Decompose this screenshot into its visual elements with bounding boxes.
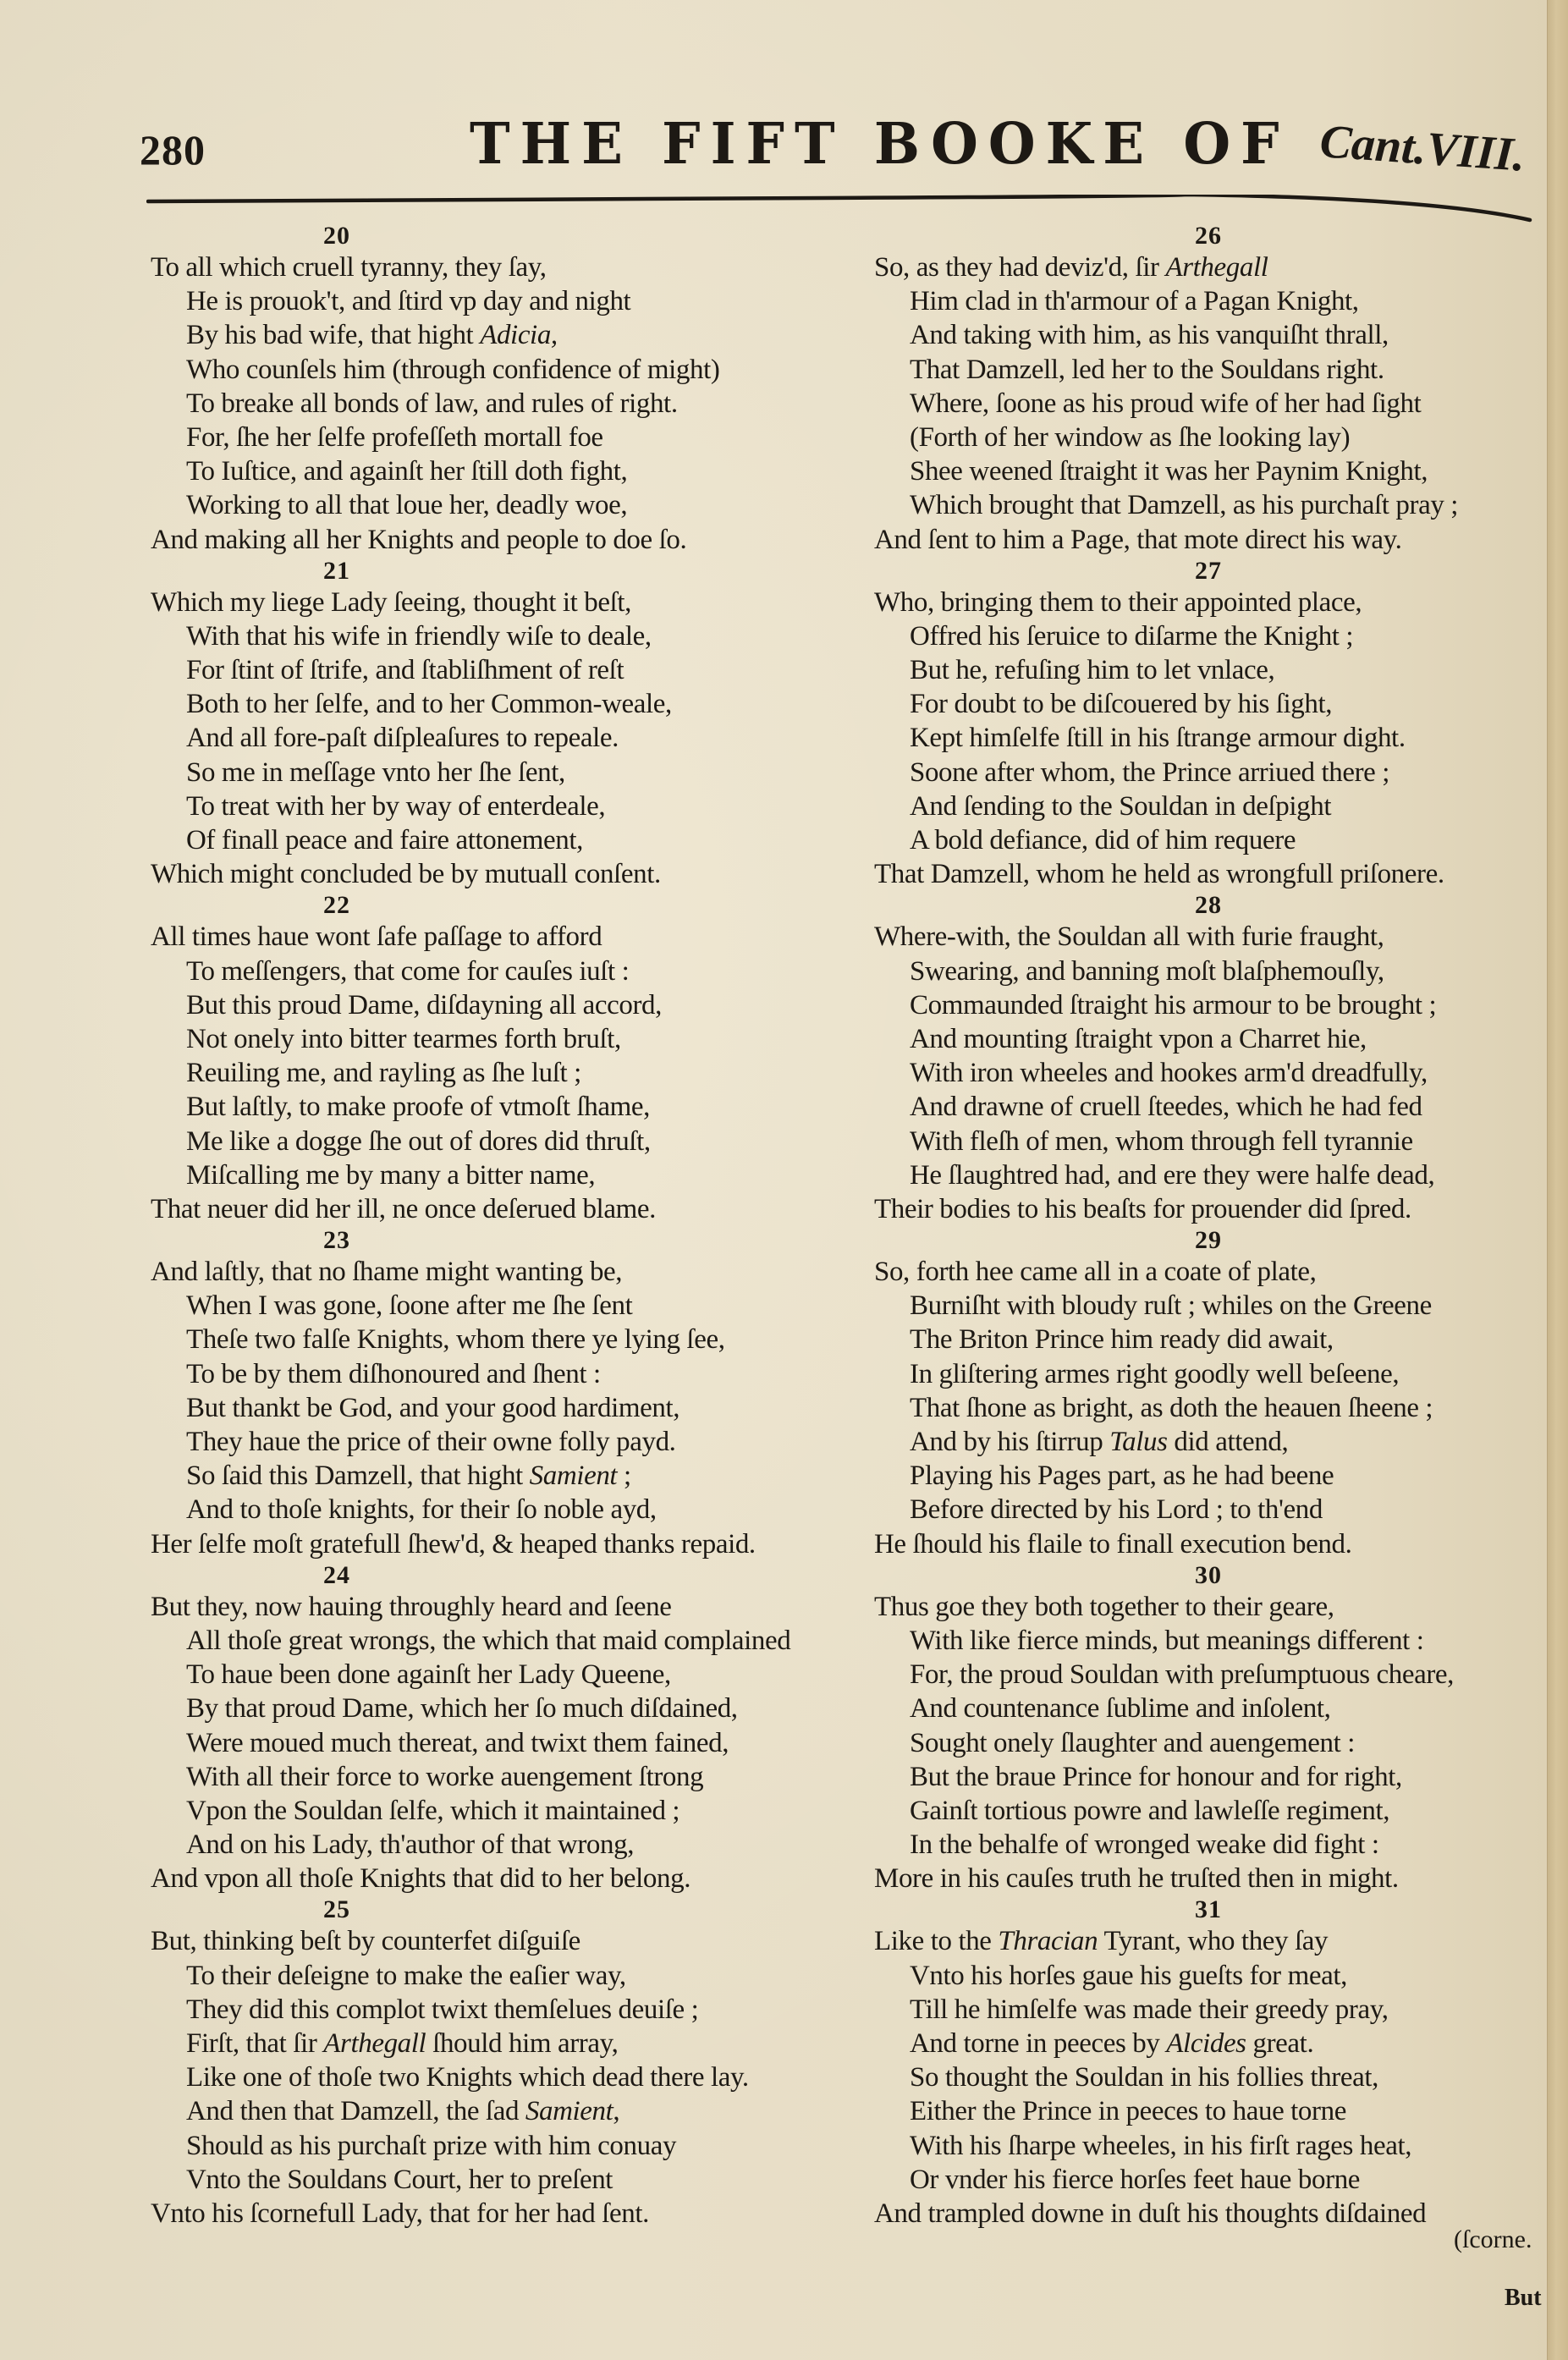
verse-text: And drawne of cruell ſteedes, which he h… — [910, 1092, 1422, 1122]
verse-text: To haue been done againſt her Lady Queen… — [186, 1659, 671, 1690]
verse-text: To meſſengers, that come for cauſes iuſt… — [186, 956, 629, 987]
verse-line: To breake all bonds of law, and rules of… — [151, 387, 861, 421]
verse-text: Swearing, and banning moſt blaſphemouſly… — [910, 956, 1384, 987]
verse-line: But this proud Dame, diſdayning all acco… — [151, 988, 861, 1022]
verse-text: Which my liege Lady ſeeing, thought it b… — [151, 587, 631, 618]
verse-line: Like to the Thracian Tyrant, who they ſa… — [874, 1924, 1543, 1958]
stanza-number: 29 — [874, 1226, 1543, 1255]
verse-line: And drawne of cruell ſteedes, which he h… — [874, 1090, 1543, 1124]
verse-text-after: , — [613, 2096, 619, 2126]
verse-line: That neuer did her ill, ne once deſerued… — [151, 1192, 861, 1226]
verse-line: But they, now hauing throughly heard and… — [151, 1590, 861, 1624]
verse-line: With all their force to worke auengement… — [151, 1760, 861, 1794]
stanza-number: 26 — [874, 222, 1543, 250]
verse-line: Gainſt tortious powre and lawleſſe regim… — [874, 1794, 1543, 1828]
italic-name: Thracian — [998, 1926, 1098, 1956]
verse-line: Who, bringing them to their appointed pl… — [874, 586, 1543, 619]
verse-line: By that proud Dame, which her ſo much di… — [151, 1692, 861, 1725]
verse-text: So thought the Souldan in his follies th… — [910, 2062, 1378, 2093]
verse-text: So, forth hee came all in a coate of pla… — [874, 1257, 1316, 1287]
verse-text: But, thinking beſt by counterfet diſguiſ… — [151, 1926, 580, 1956]
verse-line: And laſtly, that no ſhame might wanting … — [151, 1255, 861, 1289]
verse-line: So, forth hee came all in a coate of pla… — [874, 1255, 1543, 1289]
stanza-number: 22 — [151, 891, 523, 920]
stanza: 20To all which cruell tyranny, they ſay,… — [151, 222, 861, 557]
verse-text: To all which cruell tyranny, they ſay, — [151, 252, 547, 283]
verse-line: Offred his ſeruice to diſarme the Knight… — [874, 619, 1543, 653]
verse-text: Vnto the Souldans Court, her to preſent — [186, 2165, 613, 2195]
verse-line: And making all her Knights and people to… — [151, 523, 861, 557]
verse-line: But the braue Prince for honour and for … — [874, 1760, 1543, 1794]
verse-line: By his bad wife, that hight Adicia, — [151, 318, 861, 352]
verse-text: A bold defiance, did of him requere — [910, 825, 1296, 855]
page-edge — [1547, 0, 1568, 2360]
verse-line: In the behalfe of wronged weake did figh… — [874, 1828, 1543, 1862]
verse-text: For ſtint of ſtrife, and ſtabliſhment of… — [186, 655, 624, 685]
verse-text: And on his Lady, th'author of that wrong… — [186, 1829, 634, 1860]
verse-line: Or vnder his fierce horſes feet haue bor… — [874, 2163, 1543, 2197]
italic-name: Samient — [525, 2096, 613, 2126]
right-column: 26So, as they had deviz'd, ſir Arthegall… — [874, 222, 1543, 2231]
verse-line: Which brought that Damzell, as his purch… — [874, 488, 1543, 522]
verse-text: And vpon all thoſe Knights that did to h… — [151, 1863, 690, 1894]
verse-text: All times haue wont ſafe paſſage to affo… — [151, 921, 602, 952]
verse-line: To be by them diſhonoured and ſhent : — [151, 1357, 861, 1391]
verse-text: He ſlaughtred had, and ere they were hal… — [910, 1160, 1434, 1191]
verse-text: Till he himſelfe was made their greedy p… — [910, 1994, 1389, 2025]
verse-line: Where, ſoone as his proud wife of her ha… — [874, 387, 1543, 421]
verse-text: To their deſeigne to make the eaſier way… — [186, 1961, 626, 1991]
verse-text: Which might concluded be by mutuall conſ… — [151, 859, 661, 889]
verse-text: Both to her ſelfe, and to her Common-wea… — [186, 689, 672, 719]
verse-text: They haue the price of their owne folly … — [186, 1427, 676, 1457]
verse-text: Not onely into bitter tearmes forth bruſ… — [186, 1024, 621, 1054]
verse-line: Of finall peace and faire attonement, — [151, 823, 861, 857]
verse-line: He ſlaughtred had, and ere they were hal… — [874, 1158, 1543, 1192]
verse-line: Vpon the Souldan ſelfe, which it maintai… — [151, 1794, 861, 1828]
verse-text: By that proud Dame, which her ſo much di… — [186, 1693, 738, 1724]
verse-text: Either the Prince in peeces to haue torn… — [910, 2096, 1346, 2126]
verse-line: All thoſe great wrongs, the which that m… — [151, 1624, 861, 1658]
verse-text: By his bad wife, that hight — [186, 320, 480, 350]
verse-line: When I was gone, ſoone after me ſhe ſent — [151, 1289, 861, 1323]
verse-text: In the behalfe of wronged weake did figh… — [910, 1829, 1379, 1860]
verse-text: That Damzell, led her to the Souldans ri… — [910, 355, 1384, 385]
verse-line: Like one of thoſe two Knights which dead… — [151, 2060, 861, 2094]
verse-line: But, thinking beſt by counterfet diſguiſ… — [151, 1924, 861, 1958]
verse-text-after: did attend, — [1168, 1427, 1289, 1457]
verse-text: Vnto his ſcornefull Lady, that for her h… — [151, 2198, 649, 2229]
stanza: 23And laſtly, that no ſhame might wantin… — [151, 1226, 861, 1561]
verse-line: So thought the Souldan in his follies th… — [874, 2060, 1543, 2094]
verse-line: And mounting ſtraight vpon a Charret hie… — [874, 1022, 1543, 1056]
verse-line: Swearing, and banning moſt blaſphemouſly… — [874, 954, 1543, 988]
verse-text: Or vnder his fierce horſes feet haue bor… — [910, 2165, 1360, 2195]
verse-text: To Iuſtice, and againſt her ſtill doth f… — [186, 456, 627, 487]
verse-text: Soone after whom, the Prince arriued the… — [910, 757, 1389, 788]
italic-name: Alcides — [1166, 2028, 1246, 2059]
verse-text: But laſtly, to make proofe of vtmoſt ſha… — [186, 1092, 650, 1122]
verse-text: Working to all that loue her, deadly woe… — [186, 490, 627, 520]
verse-text: And torne in peeces by — [910, 2028, 1166, 2059]
verse-text: And by his ſtirrup — [910, 1427, 1109, 1457]
verse-line: Were moued much thereat, and twixt them … — [151, 1726, 861, 1760]
verse-line: For, the proud Souldan with preſumptuous… — [874, 1658, 1543, 1692]
verse-text: So ſaid this Damzell, that hight — [186, 1461, 530, 1491]
verse-text: Were moued much thereat, and twixt them … — [186, 1728, 729, 1758]
verse-text: He ſhould his flaile to finall execution… — [874, 1529, 1351, 1560]
verse-text: With iron wheeles and hookes arm'd dread… — [910, 1058, 1428, 1088]
turnover-text: (ſcorne. — [1454, 2225, 1532, 2254]
verse-text: And ſent to him a Page, that mote direct… — [874, 525, 1401, 555]
stanza: 26So, as they had deviz'd, ſir Arthegall… — [874, 222, 1543, 557]
catchword: But — [1505, 2285, 1542, 2312]
verse-text: And ſending to the Souldan in deſpight — [910, 791, 1331, 822]
stanza-number: 25 — [151, 1895, 523, 1924]
stanza-number: 20 — [151, 222, 523, 250]
verse-line: Commaunded ſtraight his armour to be bro… — [874, 988, 1543, 1022]
verse-line: Not onely into bitter tearmes forth bruſ… — [151, 1022, 861, 1056]
verse-text: Gainſt tortious powre and lawleſſe regim… — [910, 1796, 1389, 1826]
verse-line: Shee weened ſtraight it was her Paynim K… — [874, 454, 1543, 488]
running-head: THE FIFT BOOKE OF — [470, 111, 1290, 178]
verse-line: And to thoſe knights, for their ſo noble… — [151, 1493, 861, 1527]
verse-line: Vnto his ſcornefull Lady, that for her h… — [151, 2197, 861, 2231]
verse-line: Working to all that loue her, deadly woe… — [151, 488, 861, 522]
verse-text: They did this complot twixt themſelues d… — [186, 1994, 698, 2025]
verse-text: Where-with, the Souldan all with furie f… — [874, 921, 1384, 952]
verse-line: Kept himſelfe ſtill in his ſtrange armou… — [874, 721, 1543, 755]
verse-line: Which my liege Lady ſeeing, thought it b… — [151, 586, 861, 619]
verse-line: Till he himſelfe was made their greedy p… — [874, 1993, 1543, 2027]
verse-text: So, as they had deviz'd, ſir — [874, 252, 1165, 283]
stanza-number: 23 — [151, 1226, 523, 1255]
verse-text: Me like a dogge ſhe out of dores did thr… — [186, 1126, 651, 1157]
verse-text: For, ſhe her ſelfe profeſſeth mortall fo… — [186, 422, 603, 453]
verse-text: With his ſharpe wheeles, in his firſt ra… — [910, 2131, 1411, 2161]
verse-line: Him clad in th'armour of a Pagan Knight, — [874, 284, 1543, 318]
verse-text: But they, now hauing throughly heard and… — [151, 1592, 671, 1622]
verse-text: With like fierce minds, but meanings dif… — [910, 1626, 1424, 1656]
verse-line: Both to her ſelfe, and to her Common-wea… — [151, 687, 861, 721]
verse-text: But this proud Dame, diſdayning all acco… — [186, 990, 662, 1020]
verse-text: Playing his Pages part, as he had beene — [910, 1461, 1334, 1491]
verse-line: Her ſelfe moſt gratefull ſhew'd, & heape… — [151, 1527, 861, 1561]
stanza-number: 27 — [874, 557, 1543, 586]
page-number: 280 — [140, 125, 206, 174]
verse-line: More in his cauſes truth he truſted then… — [874, 1862, 1543, 1895]
verse-line: (Forth of her window as ſhe looking lay) — [874, 421, 1543, 454]
verse-text: Vpon the Souldan ſelfe, which it maintai… — [186, 1796, 679, 1826]
verse-text: (Forth of her window as ſhe looking lay) — [910, 422, 1350, 453]
stanza-number: 31 — [874, 1895, 1543, 1924]
verse-line: With fleſh of men, whom through fell tyr… — [874, 1125, 1543, 1158]
verse-text-after: ſhould him array, — [426, 2028, 618, 2059]
verse-line: And then that Damzell, the ſad Samient, — [151, 2094, 861, 2128]
verse-text: Firſt, that ſir — [186, 2028, 323, 2059]
verse-line: To Iuſtice, and againſt her ſtill doth f… — [151, 454, 861, 488]
verse-line: And taking with him, as his vanquiſht th… — [874, 318, 1543, 352]
verse-text: But he, refuſing him to let vnlace, — [910, 655, 1274, 685]
verse-line: Where-with, the Souldan all with furie f… — [874, 920, 1543, 954]
verse-line: Theſe two falſe Knights, whom there ye l… — [151, 1323, 861, 1356]
verse-line: For doubt to be diſcouered by his ſight, — [874, 687, 1543, 721]
verse-line: Who counſels him (through confidence of … — [151, 353, 861, 387]
verse-line: With iron wheeles and hookes arm'd dread… — [874, 1056, 1543, 1090]
verse-line: That Damzell, whom he held as wrongfull … — [874, 857, 1543, 891]
italic-name: Adicia, — [480, 320, 558, 350]
verse-text: And making all her Knights and people to… — [151, 525, 686, 555]
verse-line: And by his ſtirrup Talus did attend, — [874, 1425, 1543, 1459]
verse-text: Which brought that Damzell, as his purch… — [910, 490, 1458, 520]
verse-text: Sought onely ſlaughter and auengement : — [910, 1728, 1355, 1758]
verse-text: For doubt to be diſcouered by his ſight, — [910, 689, 1332, 719]
verse-line: And ſent to him a Page, that mote direct… — [874, 523, 1543, 557]
verse-line: Reuiling me, and rayling as ſhe luſt ; — [151, 1056, 861, 1090]
italic-name: Arthegall — [1165, 252, 1268, 283]
verse-text: So me in meſſage vnto her ſhe ſent, — [186, 757, 565, 788]
verse-line: But thankt be God, and your good hardime… — [151, 1391, 861, 1425]
verse-line: To all which cruell tyranny, they ſay, — [151, 250, 861, 284]
verse-text: Theſe two falſe Knights, whom there ye l… — [186, 1324, 725, 1355]
verse-text: And countenance ſublime and inſolent, — [910, 1693, 1330, 1724]
verse-line: Before directed by his Lord ; to th'end — [874, 1493, 1543, 1527]
verse-line: The Briton Prince him ready did await, — [874, 1323, 1543, 1356]
verse-text-after: great. — [1246, 2028, 1314, 2059]
verse-text: Burniſht with bloudy ruſt ; whiles on th… — [910, 1290, 1432, 1321]
verse-line: All times haue wont ſafe paſſage to affo… — [151, 920, 861, 954]
verse-line: And ſending to the Souldan in deſpight — [874, 789, 1543, 823]
verse-text: Him clad in th'armour of a Pagan Knight, — [910, 286, 1359, 316]
verse-line: To meſſengers, that come for cauſes iuſt… — [151, 954, 861, 988]
verse-text: Kept himſelfe ſtill in his ſtrange armou… — [910, 723, 1406, 753]
verse-text: Miſcalling me by many a bitter name, — [186, 1160, 595, 1191]
verse-text: And then that Damzell, the ſad — [186, 2096, 525, 2126]
verse-line: A bold defiance, did of him requere — [874, 823, 1543, 857]
verse-text: And all fore-paſt diſpleaſures to repeal… — [186, 723, 619, 753]
verse-line: With that his wife in friendly wiſe to d… — [151, 619, 861, 653]
verse-line: And all fore-paſt diſpleaſures to repeal… — [151, 721, 861, 755]
verse-text: He is prouok't, and ſtird vp day and nig… — [186, 286, 630, 316]
stanza-number: 30 — [874, 1561, 1543, 1590]
verse-text: All thoſe great wrongs, the which that m… — [186, 1626, 790, 1656]
stanza-number: 24 — [151, 1561, 523, 1590]
verse-text: And laſtly, that no ſhame might wanting … — [151, 1257, 622, 1287]
stanza: 22All times haue wont ſafe paſſage to af… — [151, 891, 861, 1226]
verse-text: To breake all bonds of law, and rules of… — [186, 388, 678, 419]
stanza: 24But they, now hauing throughly heard a… — [151, 1561, 861, 1896]
verse-line: But laſtly, to make proofe of vtmoſt ſha… — [151, 1090, 861, 1124]
verse-line: And trampled downe in duſt his thoughts … — [874, 2197, 1543, 2231]
italic-name: Samient — [530, 1461, 618, 1491]
verse-text: Should as his purchaſt prize with him co… — [186, 2131, 676, 2161]
stanza-number: 28 — [874, 891, 1543, 920]
stanza-number: 21 — [151, 557, 523, 586]
verse-text: Shee weened ſtraight it was her Paynim K… — [910, 456, 1428, 487]
verse-line: Either the Prince in peeces to haue torn… — [874, 2094, 1543, 2128]
verse-line: And vpon all thoſe Knights that did to h… — [151, 1862, 861, 1895]
verse-text: With that his wife in friendly wiſe to d… — [186, 621, 652, 652]
verse-text: And mounting ſtraight vpon a Charret hie… — [910, 1024, 1367, 1054]
verse-text: Commaunded ſtraight his armour to be bro… — [910, 990, 1436, 1020]
verse-line: To haue been done againſt her Lady Queen… — [151, 1658, 861, 1692]
verse-text: Who counſels him (through confidence of … — [186, 355, 719, 385]
verse-text: Who, bringing them to their appointed pl… — [874, 587, 1362, 618]
verse-text: Thus goe they both together to their gea… — [874, 1592, 1334, 1622]
verse-line: He ſhould his flaile to finall execution… — [874, 1527, 1543, 1561]
verse-text: With all their force to worke auengement… — [186, 1762, 703, 1792]
verse-text: Vnto his horſes gaue his gueſts for meat… — [910, 1961, 1347, 1991]
verse-line: So ſaid this Damzell, that hight Samient… — [151, 1459, 861, 1493]
verse-line: For ſtint of ſtrife, and ſtabliſhment of… — [151, 653, 861, 687]
verse-text: And to thoſe knights, for their ſo noble… — [186, 1494, 657, 1525]
verse-text: Offred his ſeruice to diſarme the Knight… — [910, 621, 1353, 652]
verse-text: When I was gone, ſoone after me ſhe ſent — [186, 1290, 632, 1321]
verse-text: To treat with her by way of enterdeale, — [186, 791, 605, 822]
verse-line: Miſcalling me by many a bitter name, — [151, 1158, 861, 1192]
verse-text: Before directed by his Lord ; to th'end — [910, 1494, 1323, 1525]
verse-line: And on his Lady, th'author of that wrong… — [151, 1828, 861, 1862]
verse-line: To their deſeigne to make the eaſier way… — [151, 1959, 861, 1993]
verse-text: Her ſelfe moſt gratefull ſhew'd, & heape… — [151, 1529, 756, 1560]
verse-text: The Briton Prince him ready did await, — [910, 1324, 1334, 1355]
verse-text: Like to the — [874, 1926, 998, 1956]
verse-line: Thus goe they both together to their gea… — [874, 1590, 1543, 1624]
verse-text: In gliſtering armes right goodly well be… — [910, 1359, 1399, 1389]
verse-text: But the braue Prince for honour and for … — [910, 1762, 1402, 1792]
stanza: 28Where-with, the Souldan all with furie… — [874, 891, 1543, 1226]
stanza: 21Which my liege Lady ſeeing, thought it… — [151, 557, 861, 892]
verse-text: That ſhone as bright, as doth the heauen… — [910, 1393, 1433, 1423]
verse-text: Where, ſoone as his proud wife of her ha… — [910, 388, 1421, 419]
verse-line: Their bodies to his beaſts for prouender… — [874, 1192, 1543, 1226]
verse-line: They haue the price of their owne folly … — [151, 1425, 861, 1459]
italic-name: Arthegall — [323, 2028, 426, 2059]
verse-text: But thankt be God, and your good hardime… — [186, 1393, 679, 1423]
stanza: 25But, thinking beſt by counterfet diſgu… — [151, 1895, 861, 2231]
stanza: 29So, forth hee came all in a coate of p… — [874, 1226, 1543, 1561]
verse-line: Vnto his horſes gaue his gueſts for meat… — [874, 1959, 1543, 1993]
verse-text: With fleſh of men, whom through fell tyr… — [910, 1126, 1413, 1157]
verse-line: Soone after whom, the Prince arriued the… — [874, 756, 1543, 789]
italic-name: Talus — [1109, 1427, 1167, 1457]
verse-line: But he, refuſing him to let vnlace, — [874, 653, 1543, 687]
verse-text: Reuiling me, and rayling as ſhe luſt ; — [186, 1058, 581, 1088]
verse-line: And countenance ſublime and inſolent, — [874, 1692, 1543, 1725]
verse-line: Playing his Pages part, as he had beene — [874, 1459, 1543, 1493]
verse-line: They did this complot twixt themſelues d… — [151, 1993, 861, 2027]
verse-text: Of finall peace and faire attonement, — [186, 825, 583, 855]
stanza: 27Who, bringing them to their appointed … — [874, 557, 1543, 892]
verse-text: Like one of thoſe two Knights which dead… — [186, 2062, 749, 2093]
verse-text: That neuer did her ill, ne once deſerued… — [151, 1194, 656, 1224]
verse-line: Vnto the Souldans Court, her to preſent — [151, 2163, 861, 2197]
verse-line: Burniſht with bloudy ruſt ; whiles on th… — [874, 1289, 1543, 1323]
verse-line: So me in meſſage vnto her ſhe ſent, — [151, 756, 861, 789]
verse-line: Sought onely ſlaughter and auengement : — [874, 1726, 1543, 1760]
verse-text: To be by them diſhonoured and ſhent : — [186, 1359, 601, 1389]
verse-line: Should as his purchaſt prize with him co… — [151, 2129, 861, 2163]
verse-text: For, the proud Souldan with preſumptuous… — [910, 1659, 1454, 1690]
verse-line: Firſt, that ſir Arthegall ſhould him arr… — [151, 2027, 861, 2060]
verse-line: That ſhone as bright, as doth the heauen… — [874, 1391, 1543, 1425]
verse-line: He is prouok't, and ſtird vp day and nig… — [151, 284, 861, 318]
verse-text: And trampled downe in duſt his thoughts … — [874, 2198, 1426, 2229]
verse-line: For, ſhe her ſelfe profeſſeth mortall fo… — [151, 421, 861, 454]
verse-text: More in his cauſes truth he truſted then… — [874, 1863, 1399, 1894]
verse-line: In gliſtering armes right goodly well be… — [874, 1357, 1543, 1391]
left-column: 20To all which cruell tyranny, they ſay,… — [151, 222, 861, 2231]
verse-text: Their bodies to his beaſts for prouender… — [874, 1194, 1411, 1224]
verse-text-after: ; — [617, 1461, 631, 1491]
stanza: 31Like to the Thracian Tyrant, who they … — [874, 1895, 1543, 2231]
verse-line: That Damzell, led her to the Souldans ri… — [874, 353, 1543, 387]
verse-line: Which might concluded be by mutuall conſ… — [151, 857, 861, 891]
verse-line: Me like a dogge ſhe out of dores did thr… — [151, 1125, 861, 1158]
verse-text: And taking with him, as his vanquiſht th… — [910, 320, 1389, 350]
verse-line: So, as they had deviz'd, ſir Arthegall — [874, 250, 1543, 284]
verse-line: And torne in peeces by Alcides great. — [874, 2027, 1543, 2060]
verse-text: That Damzell, whom he held as wrongfull … — [874, 859, 1444, 889]
stanza: 30Thus goe they both together to their g… — [874, 1561, 1543, 1896]
verse-line: To treat with her by way of enterdeale, — [151, 789, 861, 823]
verse-text-after: Tyrant, who they ſay — [1098, 1926, 1328, 1956]
verse-line: With his ſharpe wheeles, in his firſt ra… — [874, 2129, 1543, 2163]
verse-line: With like fierce minds, but meanings dif… — [874, 1624, 1543, 1658]
